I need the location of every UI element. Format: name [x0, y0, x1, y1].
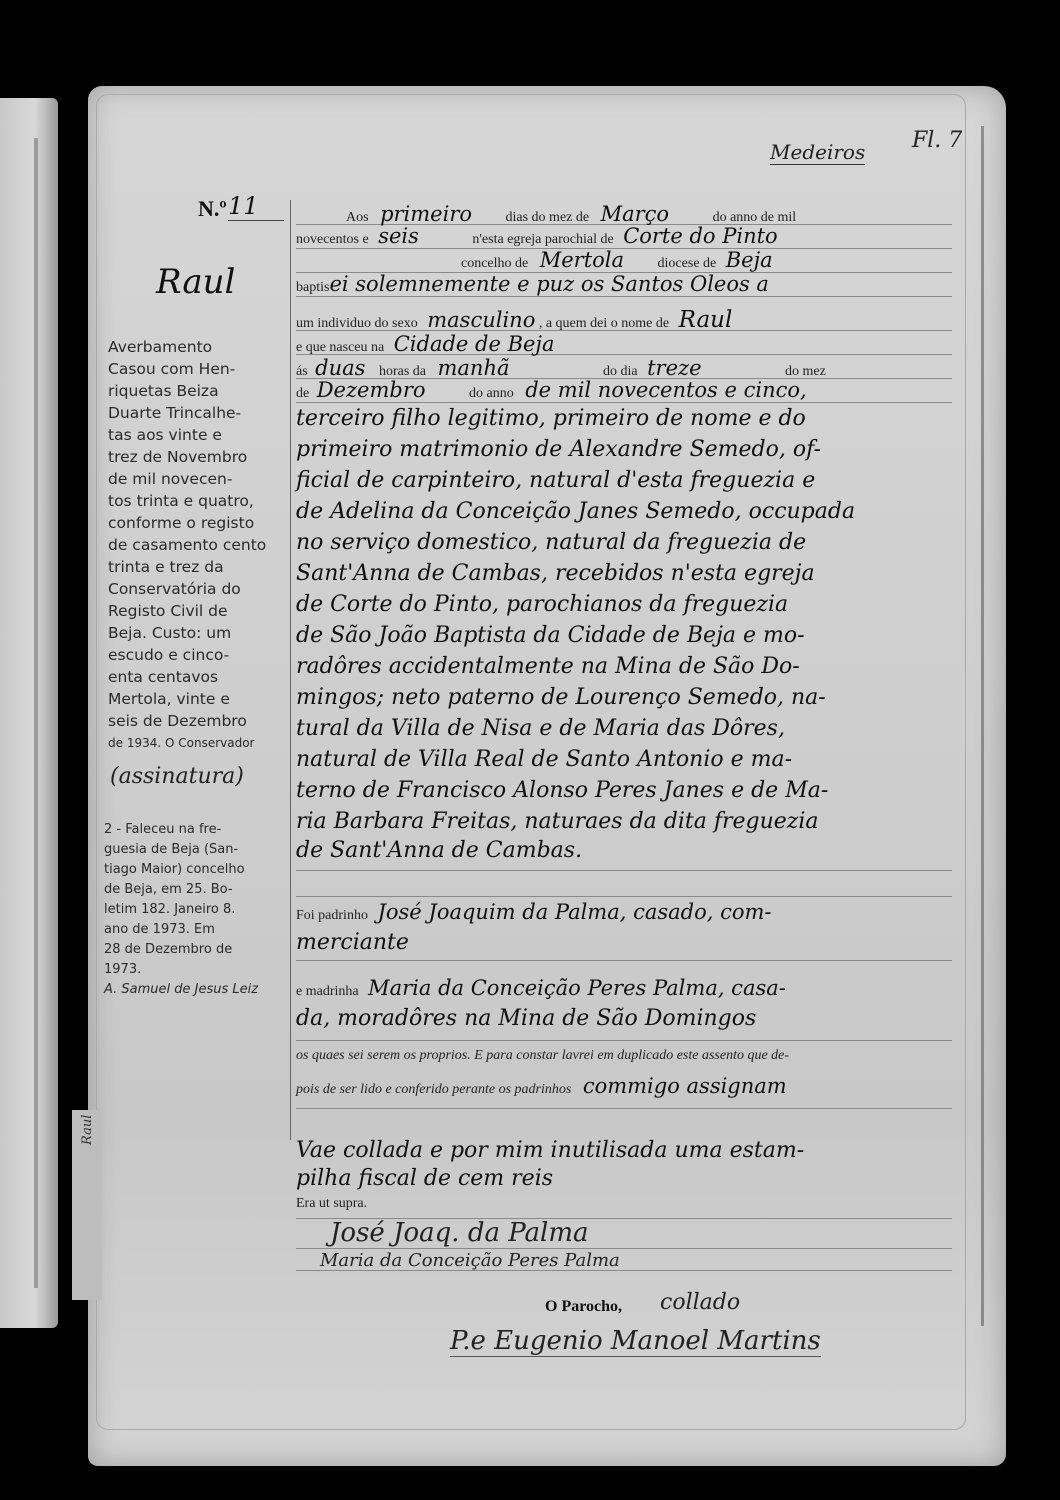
closing-line-2: pois de ser lido e conferido perante os … [296, 1076, 956, 1100]
annotation-line: 1973. [104, 960, 294, 980]
godfather-line-2: merciante [296, 930, 956, 955]
body-line: natural de Villa Real de Santo Antonio e… [296, 747, 956, 772]
annotation-line: letim 182. Janeiro 8. [104, 900, 294, 920]
body-line: de São João Baptista da Cidade de Beja e… [296, 623, 956, 648]
body-line: terceiro filho legitimo, primeiro de nom… [296, 406, 956, 431]
stamp-note-line: pilha fiscal de cem reis [296, 1166, 956, 1191]
annotation-line: Registo Civil de [108, 600, 298, 622]
annotation-line: enta centavos [108, 666, 298, 688]
reference-signature: Medeiros [770, 140, 865, 165]
ruled-line [296, 896, 952, 897]
annotation-line: de Beja, em 25. Bo- [104, 880, 294, 900]
body-line: radôres accidentalmente na Mina de São D… [296, 654, 956, 679]
entry-number-label: N.º [198, 196, 227, 222]
margin-annotation-2: 2 - Faleceu na fre- guesia de Beja (San-… [104, 820, 294, 1000]
page-fold [981, 126, 984, 1326]
margin-annotation-1: Averbamento Casou com Hen- riquetas Beiz… [108, 336, 298, 754]
ruled-line [296, 960, 952, 961]
godfather-line: Foi padrinho José Joaquim da Palma, casa… [296, 902, 956, 926]
annotation-line: de mil novecen- [108, 468, 298, 490]
annotation-line: Beja. Custo: um [108, 622, 298, 644]
annotation-line: trez de Novembro [108, 446, 298, 468]
era-ut-supra: Era ut supra. [296, 1196, 367, 1212]
ruled-line [296, 1108, 952, 1109]
annotation-line: de 1934. O Conservador [108, 732, 298, 754]
annotation-line: Conservatória do [108, 578, 298, 600]
record-line-3: concelho de Mertola diocese de Beja [296, 250, 956, 274]
body-line: ficial de carpinteiro, natural d'esta fr… [296, 468, 956, 493]
annotation-line: Mertola, vinte e [108, 688, 298, 710]
page-shadow [34, 138, 38, 1288]
margin-name: Raul [156, 262, 235, 302]
godmother-signature: Maria da Conceição Peres Palma [320, 1250, 620, 1271]
ruled-line [296, 1040, 952, 1041]
record-line-8: de Dezembro do anno de mil novecentos e … [296, 380, 956, 404]
annotation-line: 28 de Dezembro de [104, 940, 294, 960]
annotation-line: ano de 1973. Em [104, 920, 294, 940]
annotation-1-signature: (assinatura) [110, 764, 244, 789]
annotation-line: tas aos vinte e [108, 424, 298, 446]
record-line-5: um individuo do sexo masculino , a quem … [296, 310, 956, 334]
ruled-line [296, 1248, 952, 1249]
parocho-note: collado [660, 1290, 740, 1315]
annotation-line: Casou com Hen- [108, 358, 298, 380]
annotation-line: riquetas Beiza [108, 380, 298, 402]
closing-line-1: os quaes sei serem os proprios. E para c… [296, 1048, 789, 1064]
annotation-line: Duarte Trincalhe- [108, 402, 298, 424]
ruled-line [296, 870, 952, 871]
annotation-line: guesia de Beja (San- [104, 840, 294, 860]
body-line: primeiro matrimonio de Alexandre Semedo,… [296, 437, 956, 462]
godmother-line-2: da, moradôres na Mina de São Domingos [296, 1006, 956, 1031]
godfather-signature: José Joaq. da Palma [330, 1218, 589, 1248]
body-line: terno de Francisco Alonso Peres Janes e … [296, 778, 956, 803]
godmother-line: e madrinha Maria da Conceição Peres Palm… [296, 978, 956, 1002]
entry-number: 11 [228, 192, 284, 221]
body-line: no serviço domestico, natural da freguez… [296, 530, 956, 555]
annotation-line: 2 - Faleceu na fre- [104, 820, 294, 840]
body-line: Sant'Anna de Cambas, recebidos n'esta eg… [296, 561, 956, 586]
record-line-6: e que nasceu na Cidade de Beja [296, 334, 956, 358]
folio-number: Fl. 7 [912, 128, 962, 153]
body-line: mingos; neto paterno de Lourenço Semedo,… [296, 685, 956, 710]
parocho-label: O Parocho, [545, 1298, 622, 1316]
body-line: de Sant'Anna de Cambas. [296, 838, 956, 863]
body-line: ria Barbara Freitas, naturaes da dita fr… [296, 809, 956, 834]
annotation-line: Averbamento [108, 336, 298, 358]
annotation-line: conforme o registo [108, 512, 298, 534]
stamp-note-line: Vae collada e por mim inutilisada uma es… [296, 1138, 956, 1163]
parocho-signature: P.e Eugenio Manoel Martins [450, 1326, 821, 1357]
body-line: tural da Villa de Nisa e de Maria das Dô… [296, 716, 956, 741]
adjacent-page-edge [0, 98, 58, 1328]
annotation-line: tiago Maior) concelho [104, 860, 294, 880]
record-line-4: baptisei solemnemente e puz os Santos Ol… [296, 274, 956, 298]
annotation-line: escudo e cinco- [108, 644, 298, 666]
annotation-line: seis de Dezembro [108, 710, 298, 732]
body-line: de Corte do Pinto, parochianos da fregue… [296, 592, 956, 617]
body-line: de Adelina da Conceição Janes Semedo, oc… [296, 499, 956, 524]
annotation-line: de casamento cento [108, 534, 298, 556]
annotation-line: A. Samuel de Jesus Leiz [104, 980, 294, 1000]
record-line-2: novecentos e seis n'esta egreja parochia… [296, 226, 956, 250]
annotation-line: tos trinta e quatro, [108, 490, 298, 512]
side-strip-text: Raul [80, 1085, 95, 1145]
annotation-line: trinta e trez da [108, 556, 298, 578]
